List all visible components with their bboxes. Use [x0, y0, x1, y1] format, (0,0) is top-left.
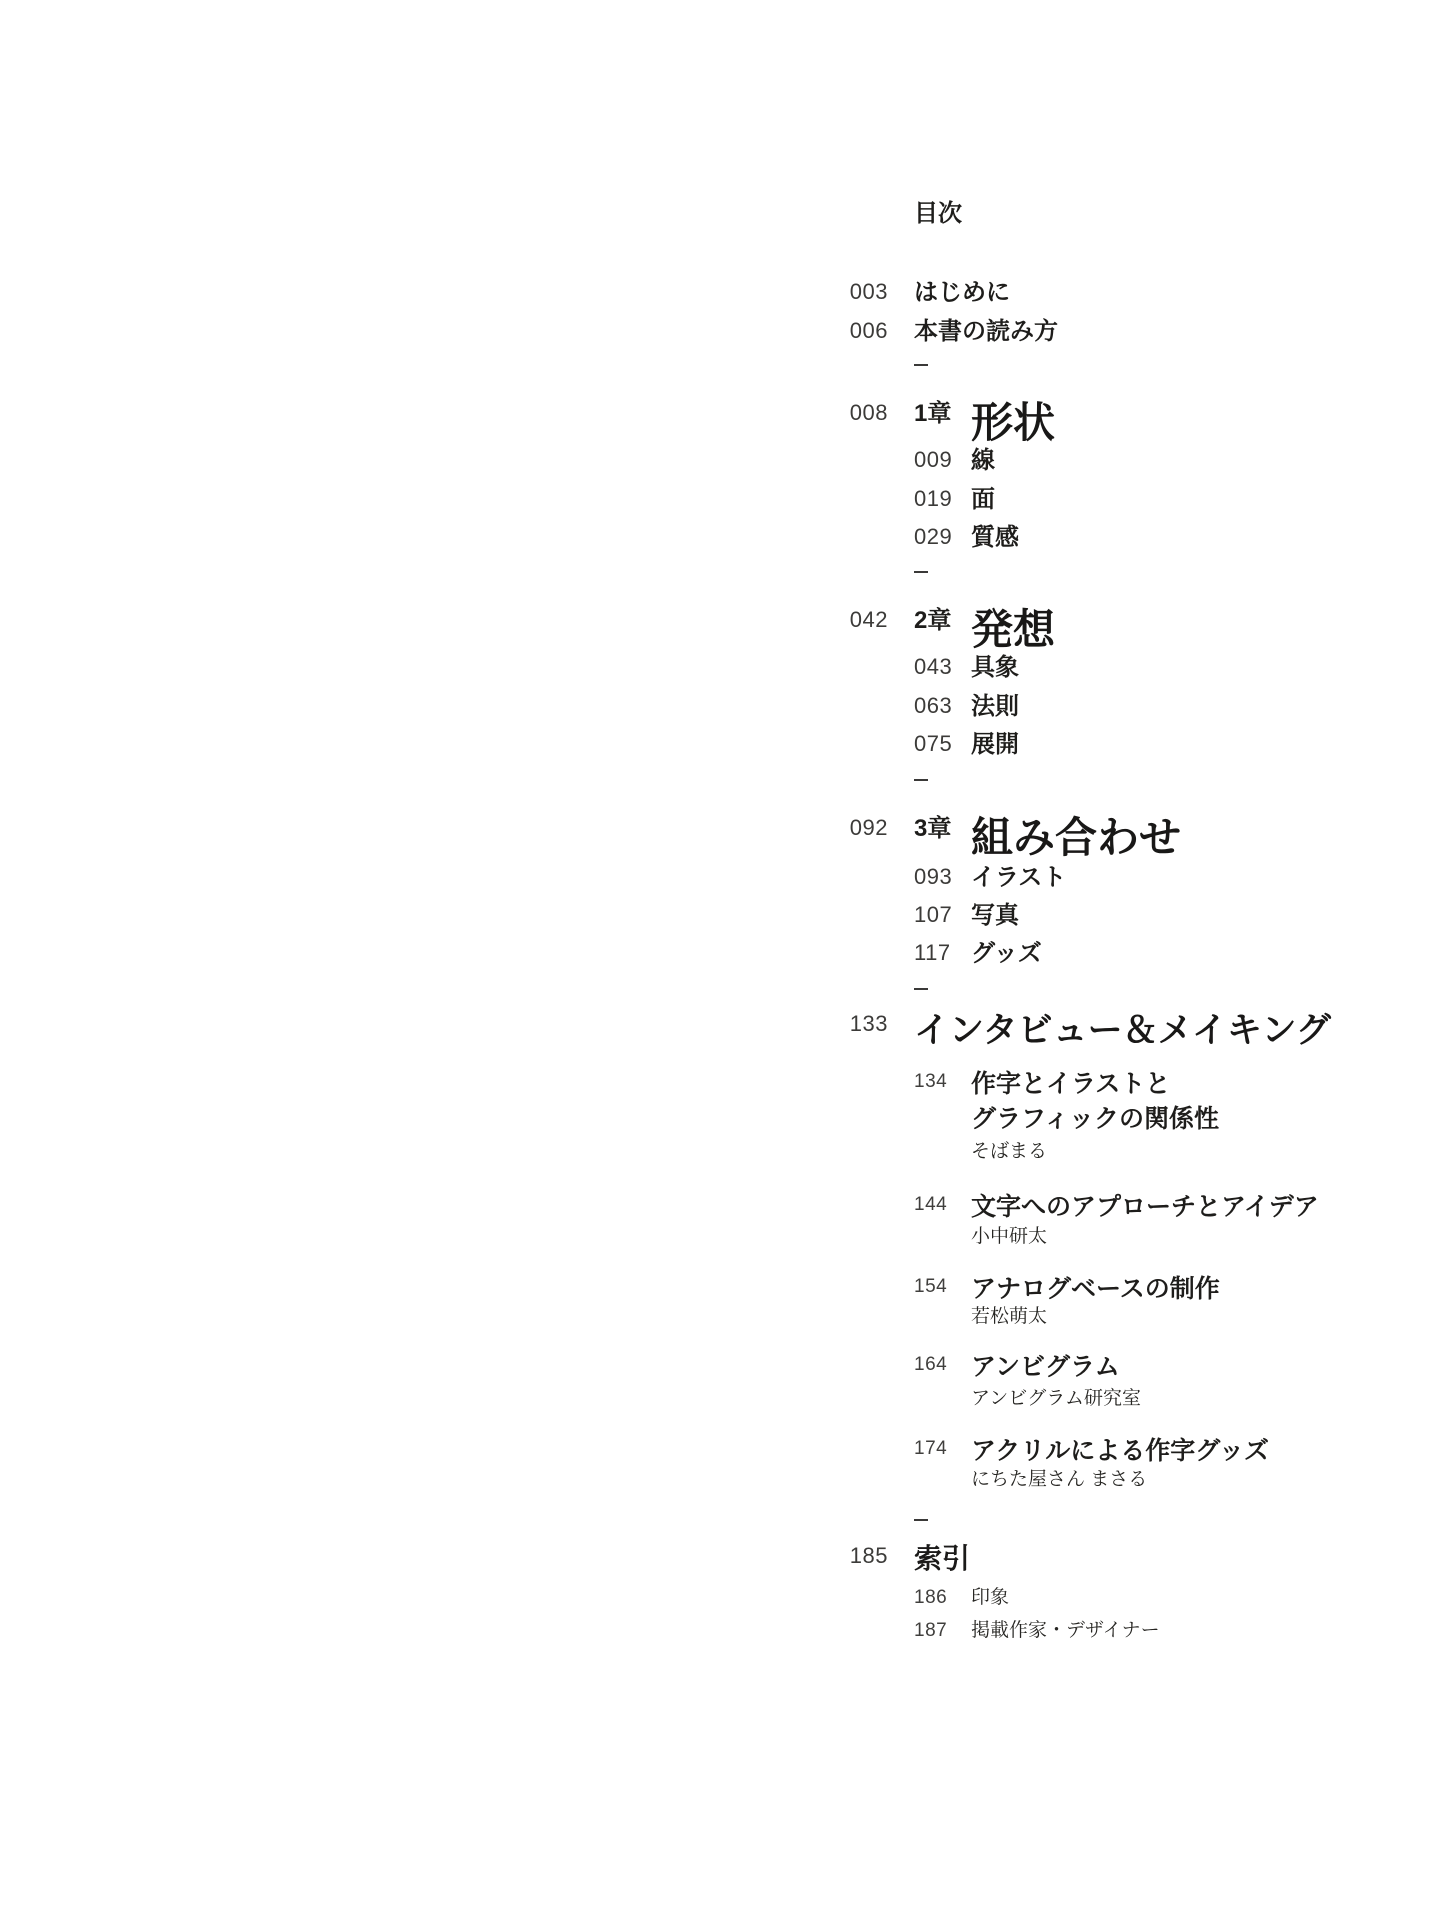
page-title: 目次 [914, 202, 962, 226]
chapter-title: 発想 [971, 609, 1055, 651]
entry-label: 写真 [971, 904, 1019, 928]
chapter-number-label: 3章 [914, 817, 951, 841]
entry-label: 掲載作家・デザイナー [971, 1621, 1160, 1640]
entry-page-number: 093 [914, 866, 952, 888]
entry-label: 具象 [971, 656, 1019, 680]
interview-item-author: 小中研太 [971, 1227, 1047, 1246]
entry-page-number: 154 [914, 1277, 947, 1296]
entry-page-number: 117 [914, 942, 951, 964]
entry-page-number: 006 [698, 320, 888, 342]
entry-page-number: 187 [914, 1621, 947, 1640]
entry-page-number: 019 [914, 488, 952, 510]
interview-item-author: 若松萌太 [971, 1307, 1047, 1326]
chapter-number-label: 2章 [914, 609, 951, 633]
index-section-title: 索引 [914, 1545, 970, 1573]
entry-label: イラスト [971, 866, 1066, 890]
chapter-title: 形状 [971, 402, 1055, 444]
entry-page-number: 174 [914, 1439, 947, 1458]
section-page-number: 185 [698, 1545, 888, 1567]
chapter-page-number: 092 [698, 817, 888, 839]
interview-item-title: アクリルによる作字グッズ [971, 1439, 1269, 1464]
interview-item-title: 文字へのアプローチとアイデア [971, 1195, 1319, 1220]
divider-dash [914, 988, 928, 990]
divider-dash [914, 779, 928, 781]
entry-page-number: 009 [914, 449, 952, 471]
entry-page-number: 134 [914, 1072, 947, 1091]
entry-page-number: 029 [914, 526, 952, 548]
section-page-number: 133 [698, 1013, 888, 1035]
interview-item-title: 作字とイラストと [971, 1072, 1170, 1097]
entry-label: 質感 [971, 526, 1019, 550]
interview-item-title: アンビグラム [971, 1355, 1120, 1380]
interview-item-author: アンビグラム研究室 [971, 1389, 1141, 1408]
entry-label: 法則 [971, 695, 1019, 719]
entry-page-number: 003 [698, 281, 888, 303]
divider-dash [914, 571, 928, 573]
entry-label: 展開 [971, 733, 1019, 757]
interview-item-title: アナログベースの制作 [971, 1277, 1220, 1302]
chapter-page-number: 042 [698, 609, 888, 631]
entry-page-number: 144 [914, 1195, 947, 1214]
chapter-page-number: 008 [698, 402, 888, 424]
entry-label: 線 [971, 449, 995, 473]
entry-page-number: 186 [914, 1588, 947, 1607]
divider-dash [914, 364, 928, 366]
entry-label: 面 [971, 488, 995, 512]
entry-label: 本書の読み方 [914, 320, 1058, 344]
toc-page: 目次 003 はじめに 006 本書の読み方 008 1章 形状 009 線 0… [0, 0, 1444, 1920]
entry-page-number: 107 [914, 904, 952, 926]
entry-page-number: 063 [914, 695, 952, 717]
entry-label: はじめに [914, 281, 1010, 305]
entry-label: 印象 [971, 1588, 1009, 1607]
divider-dash [914, 1519, 928, 1521]
interview-section-title: インタビュー＆メイキング [914, 1013, 1331, 1048]
entry-page-number: 043 [914, 656, 952, 678]
interview-item-author: にちた屋さん まさる [971, 1470, 1147, 1489]
interview-item-author: そばまる [971, 1142, 1047, 1161]
entry-page-number: 164 [914, 1355, 947, 1374]
interview-item-title: グラフィックの関係性 [971, 1107, 1219, 1132]
entry-page-number: 075 [914, 733, 952, 755]
chapter-number-label: 1章 [914, 402, 951, 426]
chapter-title: 組み合わせ [971, 817, 1181, 859]
entry-label: グッズ [971, 942, 1042, 966]
